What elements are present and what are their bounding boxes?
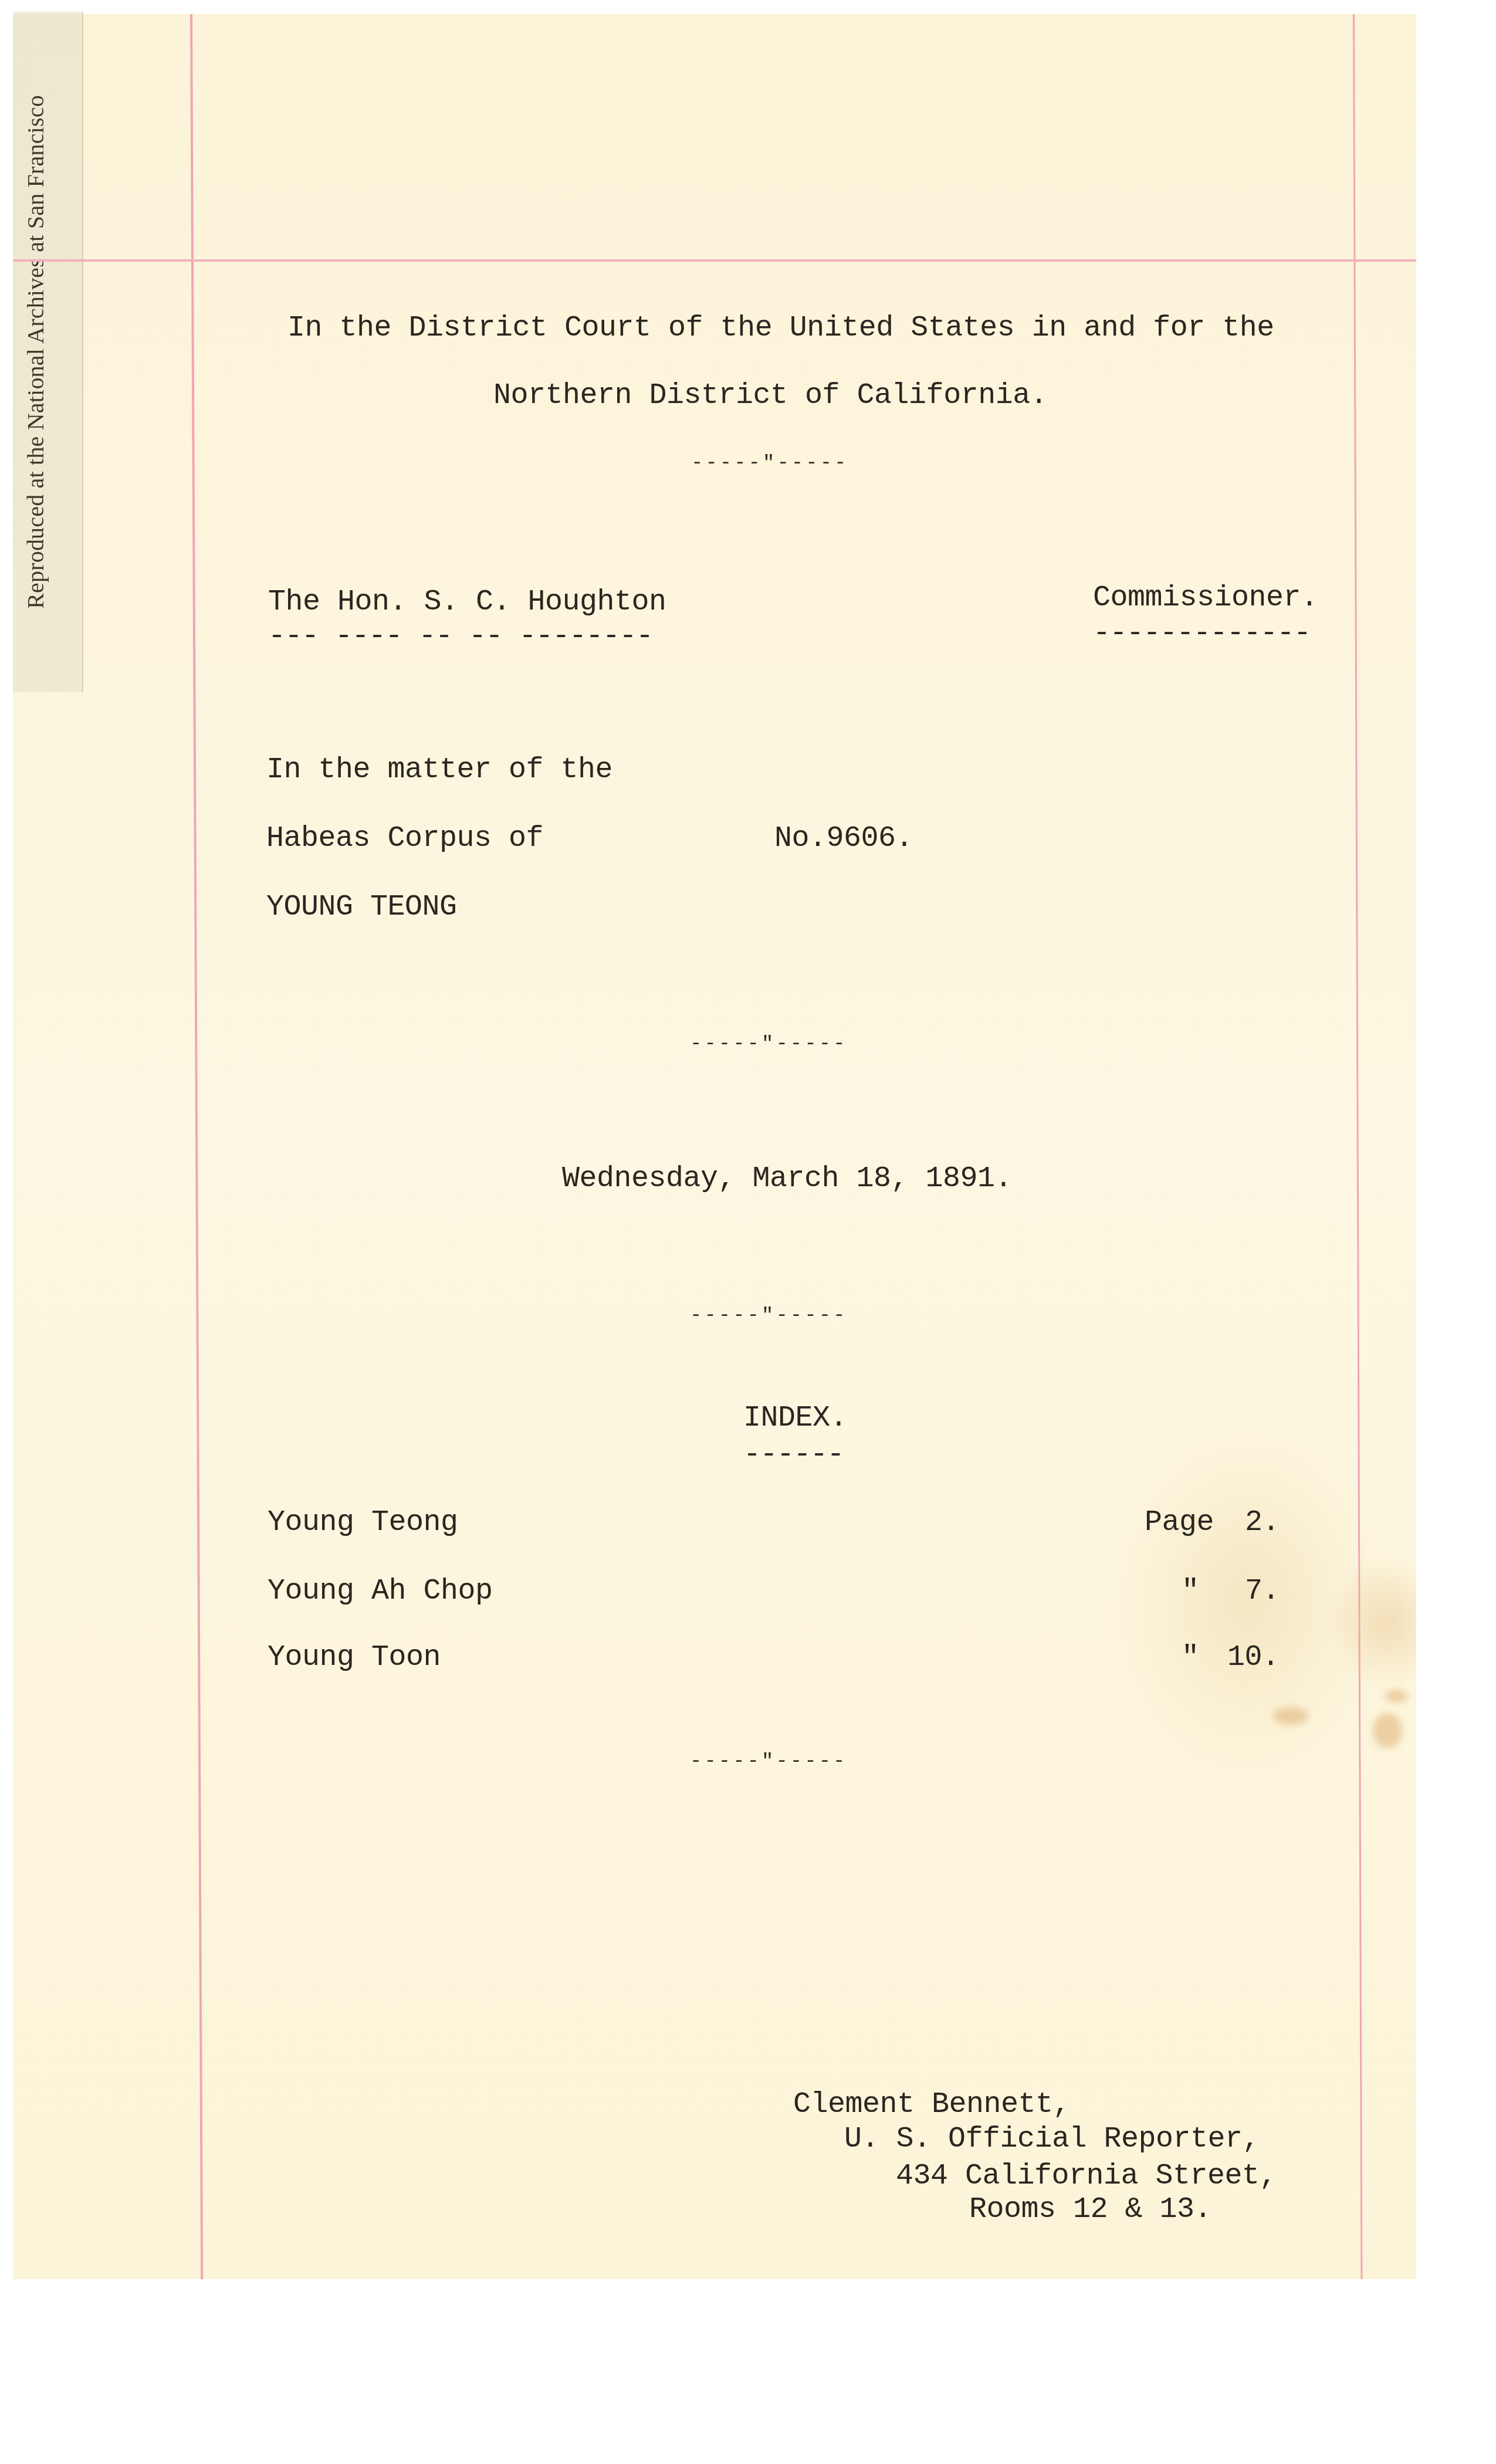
index-entry-page-label: " (1182, 1643, 1199, 1673)
section-separator: -----"----- (690, 1747, 847, 1776)
section-separator: -----"----- (690, 1301, 847, 1331)
index-entry-name: Young Ah Chop (268, 1577, 493, 1606)
commissioner-title-underline: ------------- (1093, 619, 1311, 648)
index-title: INDEX. (743, 1404, 847, 1433)
matter-line-2: Habeas Corpus of (266, 824, 543, 854)
section-separator: -----"----- (691, 449, 848, 478)
court-heading-line-2: Northern District of California. (493, 381, 1047, 411)
commissioner-name-underline: --- ---- -- -- -------- (268, 622, 653, 651)
petitioner-name: YOUNG TEONG (266, 893, 457, 922)
commissioner-name: The Hon. S. C. Houghton (268, 588, 666, 617)
reporter-title: U. S. Official Reporter, (844, 2125, 1260, 2154)
archive-stamp: Reproduced at the National Archives at S… (22, 95, 49, 609)
case-number: No.9606. (774, 824, 913, 854)
top-margin-rule (13, 259, 1416, 262)
reporter-address: 434 California Street, (896, 2162, 1277, 2191)
paper-stain (1373, 1713, 1402, 1748)
paper-stain (1385, 1690, 1408, 1703)
hearing-date: Wednesday, March 18, 1891. (562, 1165, 1012, 1194)
matter-line-1: In the matter of the (266, 756, 612, 785)
index-entry-name: Young Teong (268, 1508, 458, 1538)
reporter-name: Clement Bennett, (793, 2090, 1070, 2120)
index-entry-page: 10. (1227, 1643, 1280, 1673)
section-separator: -----"----- (690, 1030, 847, 1059)
index-entry-page-label: " (1182, 1577, 1199, 1606)
reporter-rooms: Rooms 12 & 13. (969, 2195, 1211, 2225)
index-entry-name: Young Toon (268, 1643, 441, 1673)
document-page (13, 14, 1416, 2279)
paper-stain (1273, 1707, 1308, 1725)
index-entry-page: 2. (1245, 1508, 1280, 1538)
index-title-underline: ------ (743, 1440, 844, 1470)
index-entry-page: 7. (1245, 1577, 1280, 1606)
commissioner-title: Commissioner. (1093, 584, 1318, 613)
court-heading-line-1: In the District Court of the United Stat… (287, 314, 1274, 343)
index-entry-page-label: Page (1145, 1508, 1214, 1538)
